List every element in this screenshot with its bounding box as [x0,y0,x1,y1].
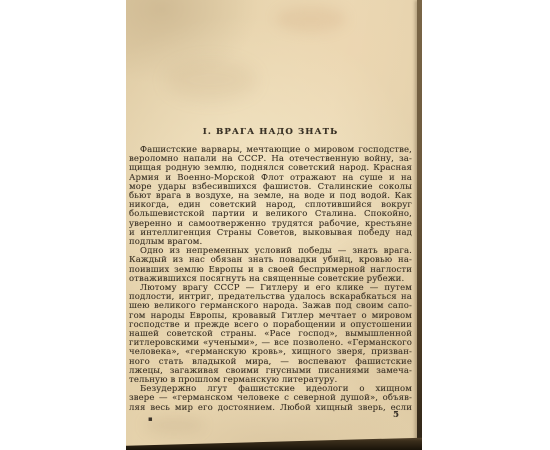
book-page: I. ВРАГА НАДО ЗНАТЬ Фашистские варвары, … [126,0,422,450]
page-right-edge-shadow [417,0,422,450]
book-bottom-edge [126,435,422,450]
paper-stain [276,6,346,32]
paper-stain [166,60,256,100]
text-line: ляя весь мир его достоянием. Любой хищны… [129,404,412,413]
book-photo: I. ВРАГА НАДО ЗНАТЬ Фашистские варвары, … [0,0,550,450]
paragraphs: Фашистские варвары, мечтающие о мировом … [129,146,412,413]
printer-mark: ▪ [148,415,153,423]
chapter-heading: I. ВРАГА НАДО ЗНАТЬ [129,127,412,137]
text-block: I. ВРАГА НАДО ЗНАТЬ Фашистские варвары, … [129,127,412,413]
paper-stain [144,415,204,435]
page-number: 5 [393,410,399,420]
